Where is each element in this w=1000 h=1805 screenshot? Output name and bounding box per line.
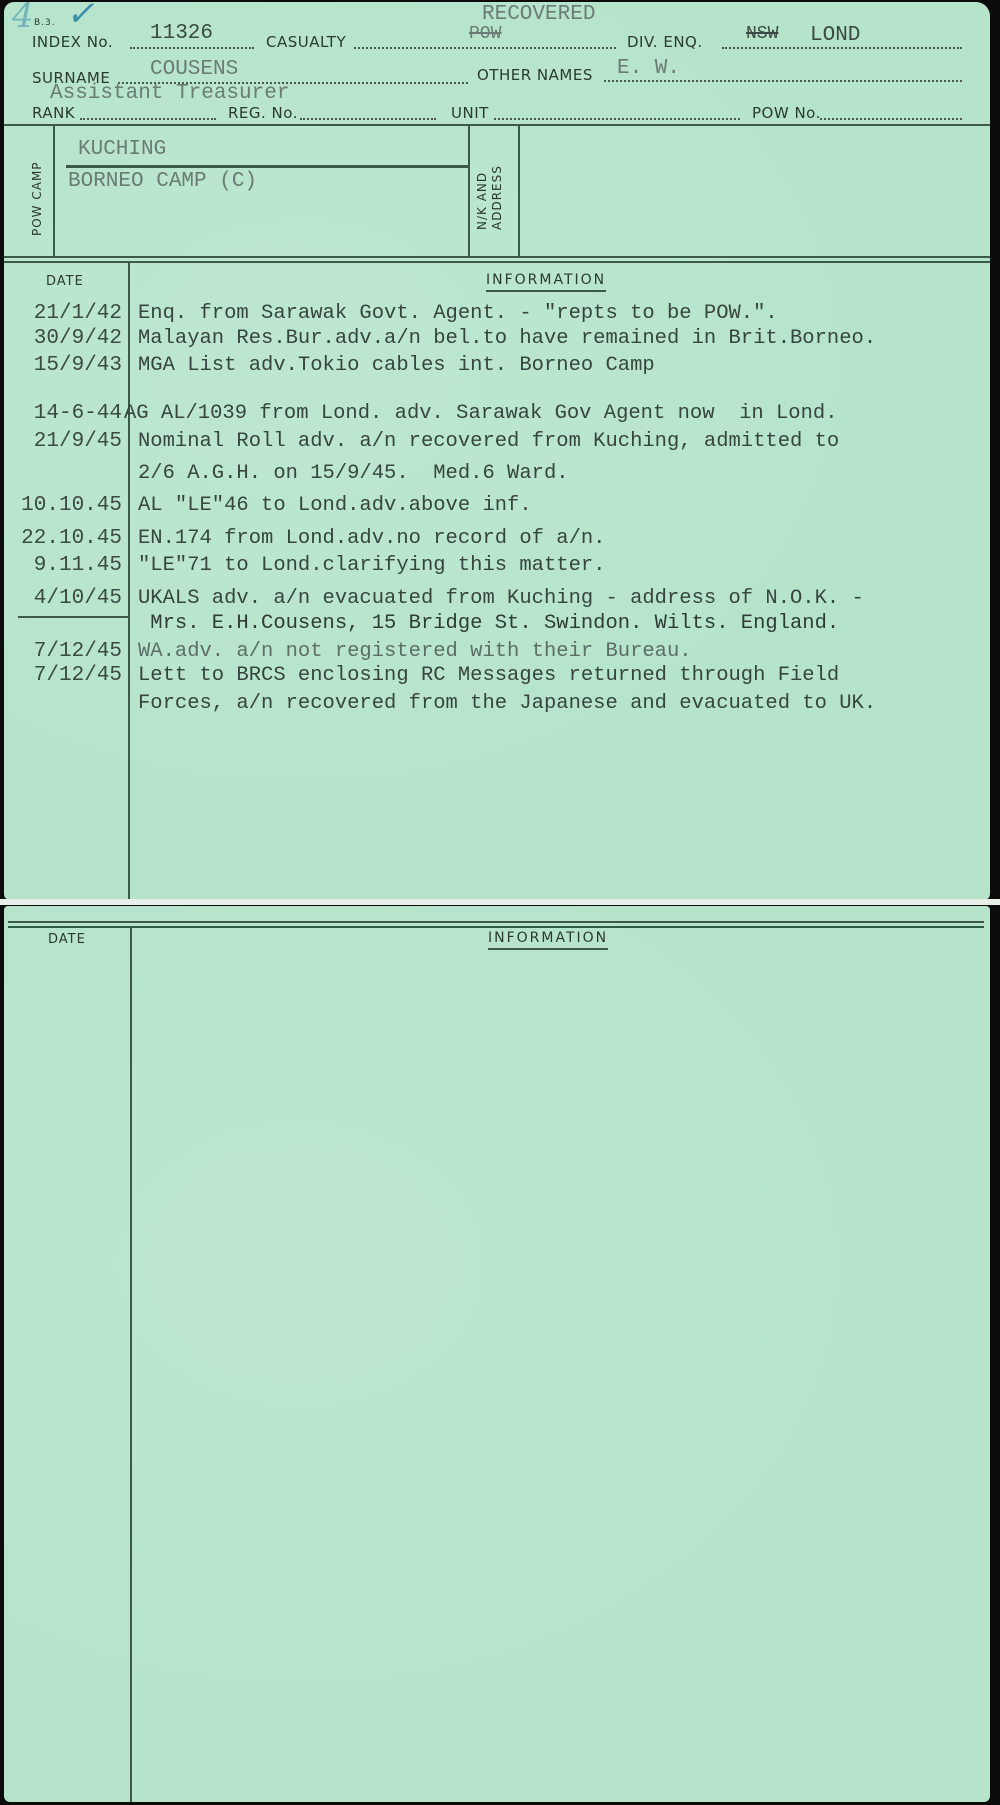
entry-date: 14-6-44 bbox=[4, 402, 122, 425]
pow-camp-label: POW CAMP bbox=[30, 161, 44, 236]
div-enq-struck-value: NSW bbox=[746, 24, 778, 44]
other-names-value: E. W. bbox=[617, 57, 680, 80]
record-card-back: DATE INFORMATION bbox=[4, 906, 990, 1802]
pow-camp-line-1: KUCHING bbox=[78, 138, 166, 161]
form-code: B.3. bbox=[34, 18, 56, 28]
entry-information: Mrs. E.H.Cousens, 15 Bridge St. Swindon.… bbox=[138, 612, 839, 635]
entry-date: 10.10.45 bbox=[4, 494, 122, 517]
pow-no-label: POW No. bbox=[752, 104, 821, 122]
back-information-header: INFORMATION bbox=[488, 930, 608, 950]
nok-address-field bbox=[522, 128, 982, 252]
div-enq-label: DIV. ENQ. bbox=[627, 33, 703, 51]
entry-information: AL "LE"46 to Lond.adv.above inf. bbox=[138, 494, 532, 517]
surname-value: COUSENS bbox=[150, 58, 238, 81]
information-header: INFORMATION bbox=[486, 272, 606, 292]
entry-information: Enq. from Sarawak Govt. Agent. - "repts … bbox=[138, 302, 778, 325]
pen-mark-icon: 4 bbox=[12, 0, 34, 36]
entry-information: Nominal Roll adv. a/n recovered from Kuc… bbox=[138, 430, 839, 453]
check-mark-icon: ✓ bbox=[66, 0, 95, 34]
entry-information: WA.adv. a/n not registered with their Bu… bbox=[138, 640, 692, 663]
index-no-label: INDEX No. bbox=[32, 33, 113, 51]
casualty-value: RECOVERED bbox=[482, 3, 595, 26]
back-date-header: DATE bbox=[48, 932, 86, 947]
entry-date: 7/12/45 bbox=[4, 664, 122, 687]
div-enq-value: LOND bbox=[810, 24, 860, 47]
rank-value: Assistant Treasurer bbox=[50, 82, 289, 105]
card-separator bbox=[0, 899, 1000, 905]
entry-date: 4/10/45 bbox=[4, 587, 122, 610]
entry-information: MGA List adv.Tokio cables int. Borneo Ca… bbox=[138, 354, 655, 377]
entry-information: Lett to BRCS enclosing RC Messages retur… bbox=[138, 664, 839, 687]
strikeout-line bbox=[66, 165, 468, 168]
entry-information: AG AL/1039 from Lond. adv. Sarawak Gov A… bbox=[124, 402, 838, 425]
casualty-label: CASUALTY bbox=[266, 33, 346, 51]
unit-label: UNIT bbox=[451, 104, 489, 122]
entry-separator bbox=[18, 616, 128, 618]
entry-information: Forces, a/n recovered from the Japanese … bbox=[138, 692, 876, 715]
record-card-front: 4 B.3. ✓ INDEX No. 11326 CASUALTY RECOVE… bbox=[4, 2, 990, 900]
entry-date: 21/9/45 bbox=[4, 430, 122, 453]
entry-information: Malayan Res.Bur.adv.a/n bel.to have rema… bbox=[138, 327, 876, 350]
entry-date: 22.10.45 bbox=[4, 527, 122, 550]
reg-no-label: REG. No. bbox=[228, 104, 298, 122]
entry-date: 21/1/42 bbox=[4, 302, 122, 325]
entry-information: "LE"71 to Lond.clarifying this matter. bbox=[138, 554, 605, 577]
entry-information: EN.174 from Lond.adv.no record of a/n. bbox=[138, 527, 605, 550]
pow-camp-line-2: BORNEO CAMP (C) bbox=[68, 170, 257, 193]
nok-label-line2: ADDRESS bbox=[490, 165, 504, 230]
entry-date: 9.11.45 bbox=[4, 554, 122, 577]
entry-date: 30/9/42 bbox=[4, 327, 122, 350]
date-header: DATE bbox=[46, 274, 84, 289]
entry-date: 15/9/43 bbox=[4, 354, 122, 377]
nok-label-line1: N/K AND bbox=[475, 172, 489, 230]
rank-label: RANK bbox=[32, 104, 75, 122]
other-names-label: OTHER NAMES bbox=[477, 66, 593, 84]
index-no-value: 11326 bbox=[150, 22, 213, 45]
entry-information: UKALS adv. a/n evacuated from Kuching - … bbox=[138, 587, 864, 610]
entry-date: 7/12/45 bbox=[4, 640, 122, 663]
entry-information: 2/6 A.G.H. on 15/9/45. Med.6 Ward. bbox=[138, 462, 569, 485]
casualty-struck-value: POW bbox=[469, 24, 501, 44]
